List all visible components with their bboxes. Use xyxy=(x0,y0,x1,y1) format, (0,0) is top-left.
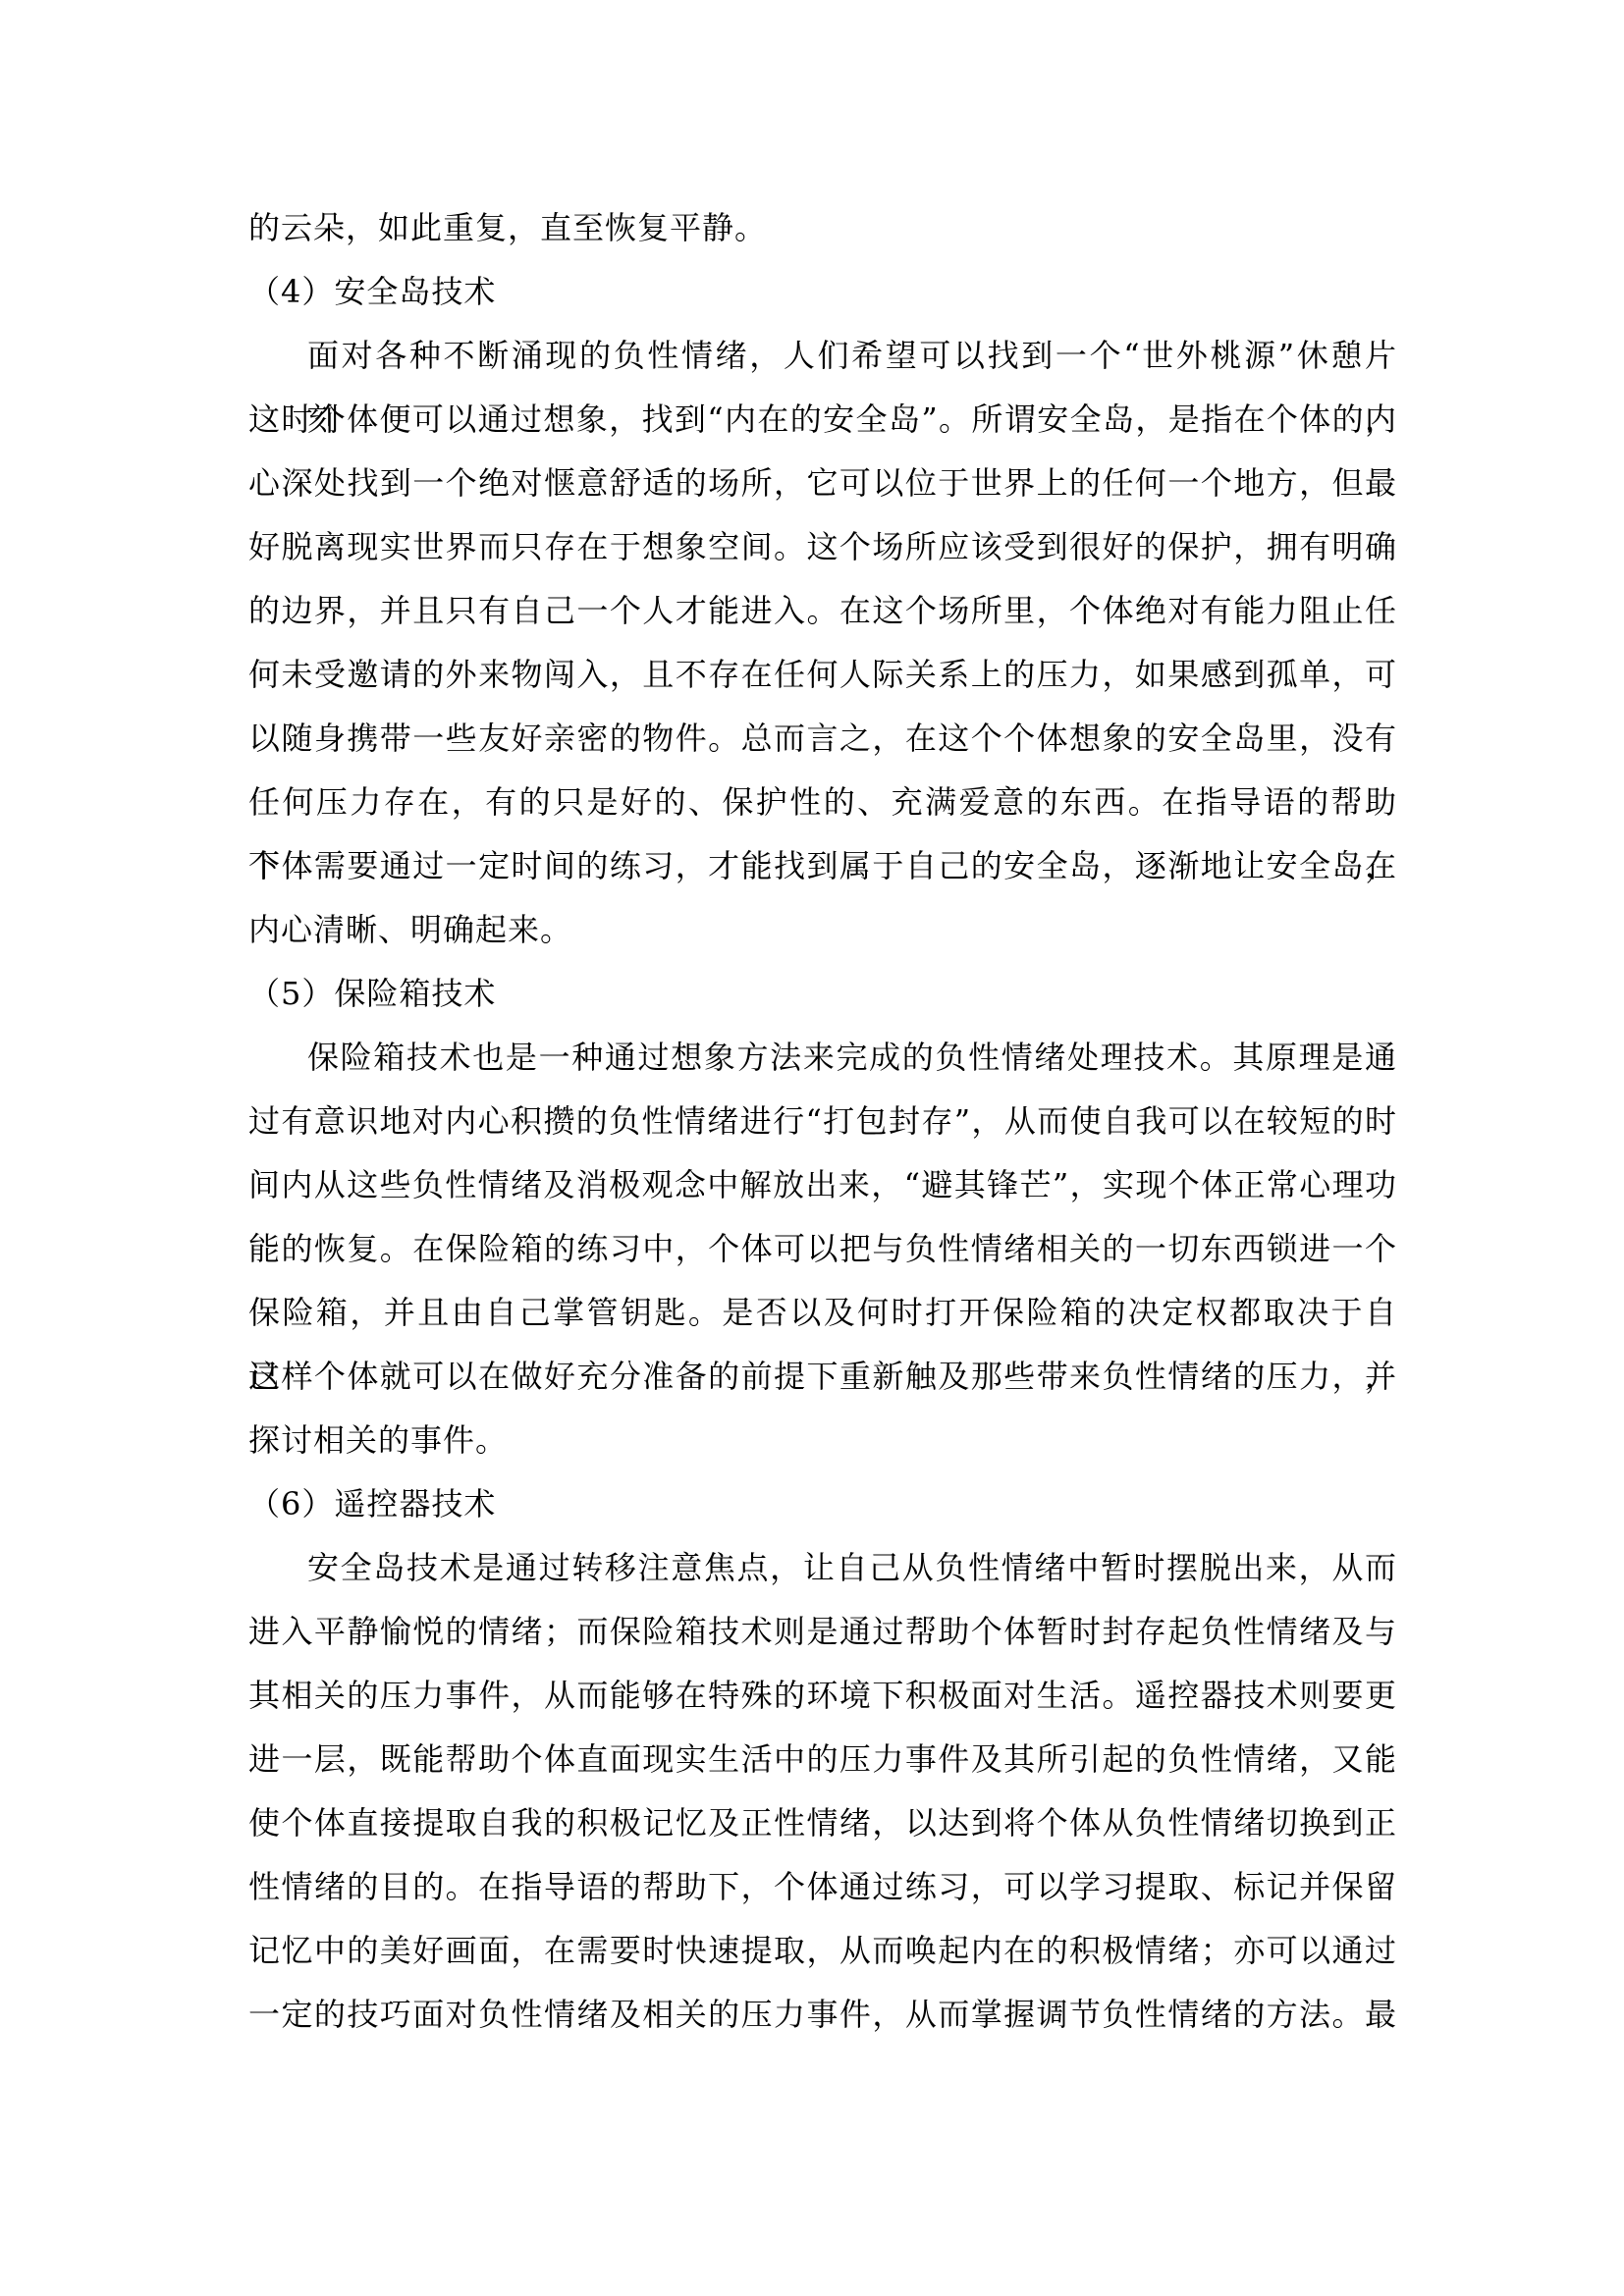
text-line: （4）安全岛技术 xyxy=(248,260,1397,324)
text-line: 内心清晰、明确起来。 xyxy=(248,898,1397,962)
text-line: 好脱离现实世界而只存在于想象空间。这个场所应该受到很好的保护，拥有明确 xyxy=(248,515,1397,579)
section-heading: （5）保险箱技术 xyxy=(248,962,1397,1026)
text-line: 过有意识地对内心积攒的负性情绪进行“打包封存”，从而使自我可以在较短的时 xyxy=(248,1090,1397,1153)
text-line: 保险箱技术也是一种通过想象方法来完成的负性情绪处理技术。其原理是通 xyxy=(248,1026,1397,1090)
text-line: 进一层，既能帮助个体直面现实生活中的压力事件及其所引起的负性情绪，又能 xyxy=(248,1728,1397,1791)
text-line: 心深处找到一个绝对惬意舒适的场所，它可以位于世界上的任何一个地方，但最 xyxy=(248,452,1397,515)
paragraph: 安全岛技术是通过转移注意焦点，让自己从负性情绪中暂时摆脱出来，从而进入平静愉悦的… xyxy=(248,1536,1397,2047)
text-line: 保险箱，并且由自己掌管钥匙。是否以及何时打开保险箱的决定权都取决于自己， xyxy=(248,1281,1397,1345)
document-page: 的云朵，如此重复，直至恢复平静。（4）安全岛技术面对各种不断涌现的负性情绪，人们… xyxy=(0,0,1624,2296)
text-line: 的云朵，如此重复，直至恢复平静。 xyxy=(248,196,1397,260)
text-line: 间内从这些负性情绪及消极观念中解放出来，“避其锋芒”，实现个体正常心理功 xyxy=(248,1153,1397,1217)
document-content: 的云朵，如此重复，直至恢复平静。（4）安全岛技术面对各种不断涌现的负性情绪，人们… xyxy=(248,196,1397,2047)
text-line: 任何压力存在，有的只是好的、保护性的、充满爱意的东西。在指导语的帮助下， xyxy=(248,771,1397,834)
text-line: 安全岛技术是通过转移注意焦点，让自己从负性情绪中暂时摆脱出来，从而 xyxy=(248,1536,1397,1600)
text-line: 进入平静愉悦的情绪；而保险箱技术则是通过帮助个体暂时封存起负性情绪及与 xyxy=(248,1600,1397,1664)
text-line: 一定的技巧面对负性情绪及相关的压力事件，从而掌握调节负性情绪的方法。最 xyxy=(248,1983,1397,2047)
text-line: 使个体直接提取自我的积极记忆及正性情绪，以达到将个体从负性情绪切换到正 xyxy=(248,1791,1397,1855)
text-line: 其相关的压力事件，从而能够在特殊的环境下积极面对生活。遥控器技术则要更 xyxy=(248,1664,1397,1728)
text-line: 何未受邀请的外来物闯入，且不存在任何人际关系上的压力，如果感到孤单，可 xyxy=(248,643,1397,707)
text-line: （6）遥控器技术 xyxy=(248,1472,1397,1536)
text-line: （5）保险箱技术 xyxy=(248,962,1397,1026)
paragraph: 面对各种不断涌现的负性情绪，人们希望可以找到一个“世外桃源”休憩片刻，这时个体便… xyxy=(248,324,1397,962)
text-line: 能的恢复。在保险箱的练习中，个体可以把与负性情绪相关的一切东西锁进一个 xyxy=(248,1217,1397,1281)
paragraph: 保险箱技术也是一种通过想象方法来完成的负性情绪处理技术。其原理是通过有意识地对内… xyxy=(248,1026,1397,1472)
text-line: 性情绪的目的。在指导语的帮助下，个体通过练习，可以学习提取、标记并保留 xyxy=(248,1855,1397,1919)
text-line: 这时个体便可以通过想象，找到“内在的安全岛”。所谓安全岛，是指在个体的内 xyxy=(248,388,1397,452)
section-heading: （6）遥控器技术 xyxy=(248,1472,1397,1536)
text-line: 的边界，并且只有自己一个人才能进入。在这个场所里，个体绝对有能力阻止任 xyxy=(248,579,1397,643)
text-line: 面对各种不断涌现的负性情绪，人们希望可以找到一个“世外桃源”休憩片刻， xyxy=(248,324,1397,388)
text-line: 探讨相关的事件。 xyxy=(248,1409,1397,1472)
section-heading: （4）安全岛技术 xyxy=(248,260,1397,324)
text-line: 这样个体就可以在做好充分准备的前提下重新触及那些带来负性情绪的压力，并 xyxy=(248,1345,1397,1409)
text-line: 记忆中的美好画面，在需要时快速提取，从而唤起内在的积极情绪；亦可以通过 xyxy=(248,1919,1397,1983)
paragraph-continuation: 的云朵，如此重复，直至恢复平静。 xyxy=(248,196,1397,260)
text-line: 以随身携带一些友好亲密的物件。总而言之，在这个个体想象的安全岛里，没有 xyxy=(248,707,1397,771)
text-line: 个体需要通过一定时间的练习，才能找到属于自己的安全岛，逐渐地让安全岛在 xyxy=(248,834,1397,898)
